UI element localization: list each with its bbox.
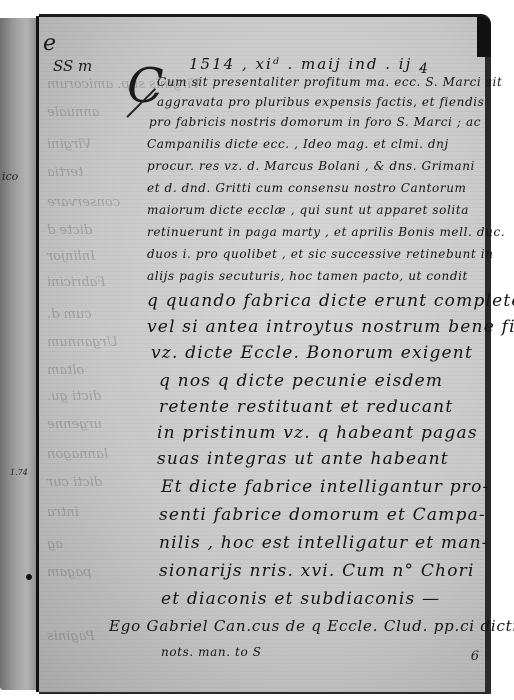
signature-line: Ego Gabriel Can.cus de q Eccle. Clud. pp… [109, 617, 514, 635]
bleed-text: ag [47, 537, 63, 552]
top-left-mark: e [43, 31, 56, 56]
text-line: et diaconis et subdiaconis — [161, 589, 440, 609]
text-line: Cum sit presentaliter profitum ma. ecc. … [157, 75, 502, 89]
signature-line: nots. man. to S [161, 645, 262, 659]
text-line: alijs pagis secuturis, hoc tamen pacto, … [147, 269, 468, 283]
text-line: retente restituant et reducant [159, 397, 453, 417]
text-line: procur. res vz. d. Marcus Bolani , & dns… [147, 159, 475, 173]
signum-mark: SS m [53, 57, 92, 75]
text-line: aggravata pro pluribus expensis factis, … [157, 95, 484, 109]
archive-watermark: IRE Venezia - Progione Archivi [150, 0, 418, 14]
text-line: Et dicte fabrice intelligantur pro- [161, 477, 490, 497]
bleed-text: tertia [47, 165, 83, 180]
text-line: maiorum dicte ecclæ , qui sunt ut appare… [147, 203, 469, 217]
bottom-right-mark: 6 [471, 649, 479, 664]
folio-mark: 1.74 [10, 468, 28, 477]
bleed-text: conservare [47, 195, 120, 210]
facing-page-fragment: ico [2, 170, 18, 183]
manuscript-page: Virginis sup. amicorum annuale Virgini t… [39, 14, 491, 694]
text-line: Campanilis dicte ecc. , Ideo mag. et clm… [147, 137, 449, 151]
text-line: q quando fabrica dicte erunt complete [147, 291, 514, 311]
facing-page-edge: ico 1.74 [0, 18, 38, 690]
text-line: senti fabrice domorum et Campa- [159, 505, 486, 525]
text-line: vel si antea introytus nostrum bene fier… [147, 317, 514, 337]
bleed-text: Virgini [47, 137, 92, 152]
text-line: sionarijs nris. xvi. Cum n° Chori [159, 561, 475, 581]
bleed-text: intra [47, 505, 79, 520]
bleed-text: dicti gu. [47, 389, 101, 404]
text-line: duos i. pro quolibet , et sic successive… [147, 247, 494, 261]
text-line: q nos q dicte pecunie eisdem [159, 371, 443, 391]
bleed-text: lannagon [47, 447, 108, 462]
bleed-text: oltam [47, 363, 84, 378]
bleed-text: urgenne [47, 417, 102, 432]
bleed-text: Inlinjor [47, 249, 95, 264]
bleed-text: Urgannum [47, 335, 118, 350]
bleed-text: pagam [47, 565, 91, 580]
text-line: retinuerunt in paga marty , et aprilis B… [147, 225, 505, 239]
text-line: nilis , hoc est intelligatur et man- [159, 533, 489, 553]
bleed-text: dicte d [47, 223, 92, 238]
bleed-text: cum d. [47, 307, 92, 322]
text-line: vz. dicte Eccle. Bonorum exigent [151, 343, 473, 363]
text-line: pro fabricis nostris domorum in foro S. … [149, 115, 481, 129]
bleed-text: Paginis [47, 629, 95, 644]
bleed-text: dicti cur [47, 475, 102, 490]
text-line: in pristinum vz. q habeant pagas [157, 423, 478, 443]
torn-corner [477, 17, 491, 57]
text-line: suas integras ut ante habeant [157, 449, 449, 469]
text-line: et d. dnd. Gritti cum consensu nostro Ca… [147, 181, 467, 195]
binding-hole [26, 574, 32, 580]
bleed-text: Fabricini [47, 275, 106, 290]
bleed-text: annuale [47, 105, 99, 120]
date-heading: 1514 , xiᵈ . maij ind . ij . [189, 55, 426, 73]
